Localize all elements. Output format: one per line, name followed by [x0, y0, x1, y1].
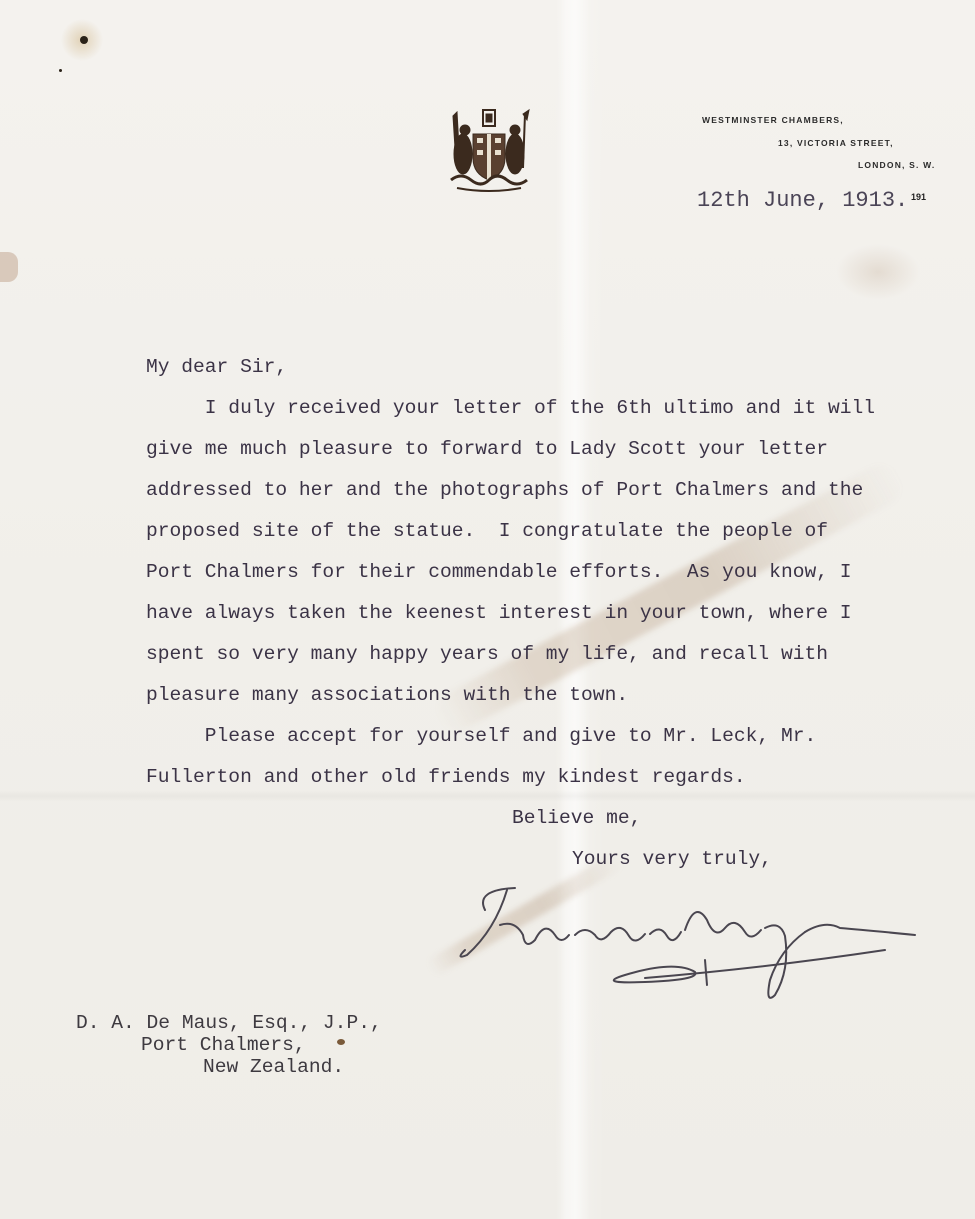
- recipient-town: Port Chalmers,: [141, 1034, 306, 1056]
- letter-date: 12th June, 1913.: [697, 188, 908, 213]
- ink-spot: [337, 1039, 345, 1045]
- handwritten-signature: [445, 880, 925, 1005]
- recipient-name: D. A. De Maus, Esq., J.P.,: [76, 1012, 382, 1034]
- recipient-country: New Zealand.: [203, 1056, 344, 1078]
- ink-spot: [80, 36, 88, 44]
- body-line: have always taken the keenest interest i…: [146, 602, 852, 624]
- body-line: proposed site of the statue. I congratul…: [146, 520, 828, 542]
- letter-page: WESTMINSTER CHAMBERS, 13, VICTORIA STREE…: [0, 0, 975, 1219]
- closing-believe-me: Believe me,: [512, 807, 641, 829]
- letterhead-line-1: WESTMINSTER CHAMBERS,: [702, 115, 844, 125]
- paper-edge-mark: [0, 252, 18, 282]
- body-line: Port Chalmers for their commendable effo…: [146, 561, 852, 583]
- letterhead-line-3: LONDON, S. W.: [858, 160, 935, 170]
- body-line: give me much pleasure to forward to Lady…: [146, 438, 828, 460]
- closing-yours-truly: Yours very truly,: [572, 848, 772, 870]
- body-line: I duly received your letter of the 6th u…: [146, 397, 875, 419]
- body-line: pleasure many associations with the town…: [146, 684, 628, 706]
- body-line: addressed to her and the photographs of …: [146, 479, 863, 501]
- letterhead-line-2: 13, VICTORIA STREET,: [778, 138, 894, 148]
- body-line: Please accept for yourself and give to M…: [146, 725, 816, 747]
- printed-year-prefix: 191: [911, 192, 926, 202]
- body-line: spent so very many happy years of my lif…: [146, 643, 828, 665]
- body-line: Fullerton and other old friends my kinde…: [146, 766, 746, 788]
- ink-spot: [59, 69, 62, 72]
- paper-fold-horizontal: [0, 790, 975, 802]
- salutation: My dear Sir,: [146, 356, 287, 378]
- coat-of-arms-icon: [443, 108, 535, 196]
